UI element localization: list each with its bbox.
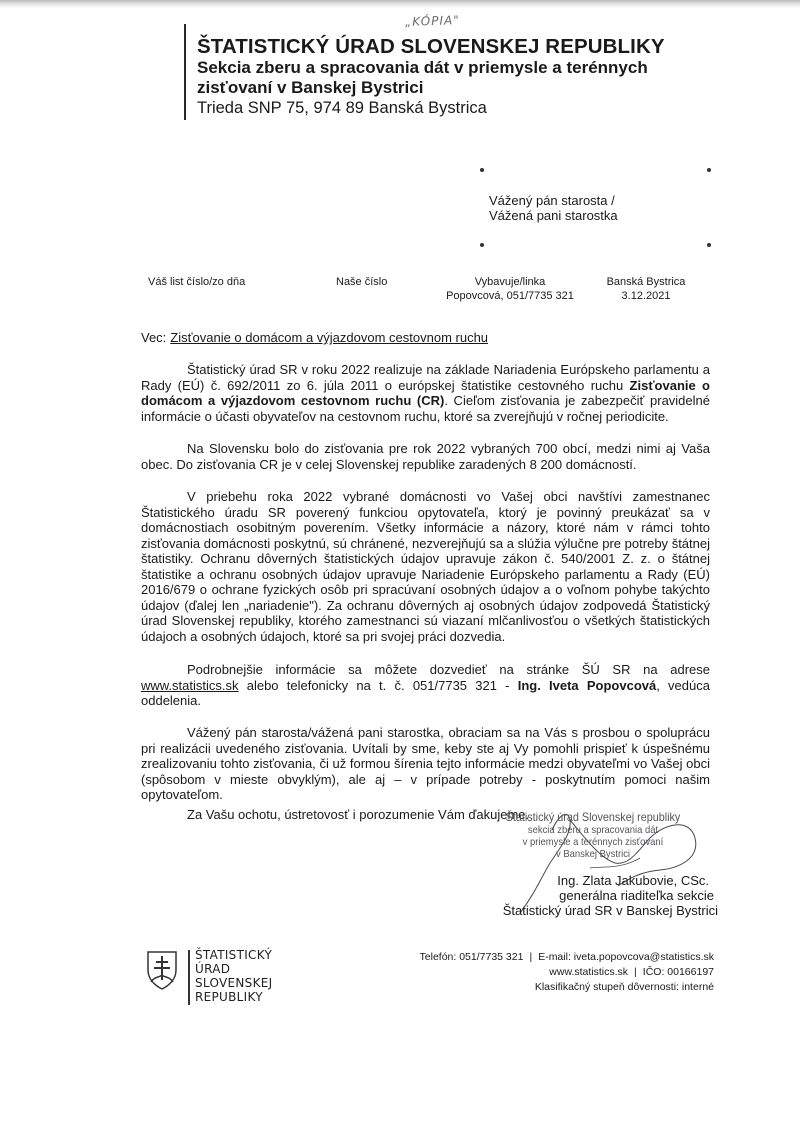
footer-phone: Telefón: 051/7735 321 <box>420 951 524 963</box>
ref-your-letter: Váš list číslo/zo dňa <box>148 275 245 289</box>
recipient-line2: Vážená pani starostka <box>489 208 618 223</box>
footer-website[interactable]: www.statistics.sk <box>549 966 628 978</box>
signatory-office: Štatistický úrad SR v Banskej Bystrici <box>470 903 718 918</box>
footer-classification: Klasifikačný stupeň dôvernosti: interné <box>380 980 714 995</box>
footer-org-line2: ÚRAD <box>195 962 272 976</box>
header-divider <box>184 24 186 120</box>
footer-org-line3: SLOVENSKEJ <box>195 976 272 990</box>
footer-separator: | <box>634 966 637 978</box>
ref-your-letter-label: Váš list číslo/zo dňa <box>148 275 245 289</box>
footer-email[interactable]: E-mail: iveta.popovcova@statistics.sk <box>538 951 714 963</box>
paragraph-1: Štatistický úrad SR v roku 2022 realizuj… <box>141 362 710 424</box>
subject-line: Vec:Zisťovanie o domácom a výjazdovom ce… <box>141 330 488 346</box>
footer-organization: ŠTATISTICKÝ ÚRAD SLOVENSKEJ REPUBLIKY <box>195 948 272 1004</box>
footer-contact: Telefón: 051/7735 321|E-mail: iveta.popo… <box>380 950 714 995</box>
section-name-line1: Sekcia zberu a spracovania dát v priemys… <box>197 58 665 78</box>
footer-ico: IČO: 00166197 <box>643 966 714 978</box>
recipient-block: Vážený pán starosta / Vážená pani staros… <box>489 193 618 223</box>
letterhead: ŠTATISTICKÝ ÚRAD SLOVENSKEJ REPUBLIKY Se… <box>197 36 665 118</box>
p1-text-a: Štatistický úrad SR v roku 2022 realizuj… <box>141 362 710 393</box>
signatory-block: Ing. Zlata Jakubovie, CSc. generálna ria… <box>470 873 718 918</box>
address-window-mark <box>707 168 711 172</box>
organization-name: ŠTATISTICKÝ ÚRAD SLOVENSKEJ REPUBLIKY <box>197 36 665 58</box>
ref-place-date: Banská Bystrica 3.12.2021 <box>596 275 696 303</box>
footer-divider <box>188 950 190 1005</box>
ref-handled-by: Vybavuje/linka Popovcová, 051/7735 321 <box>440 275 580 303</box>
signatory-name: Ing. Zlata Jakubovie, CSc. <box>470 873 718 888</box>
p4-contact-name: Ing. Iveta Popovcová <box>518 678 657 693</box>
ref-our-number: Naše číslo <box>336 275 387 289</box>
subject-text: Zisťovanie o domácom a výjazdovom cestov… <box>170 330 488 345</box>
footer-org-line4: REPUBLIKY <box>195 990 272 1004</box>
ref-our-number-label: Naše číslo <box>336 275 387 289</box>
address-window-mark <box>480 168 484 172</box>
subject-label: Vec: <box>141 330 166 345</box>
p4-text-a: Podrobnejšie informácie sa môžete dozved… <box>187 662 710 677</box>
organization-address: Trieda SNP 75, 974 89 Banská Bystrica <box>197 98 665 118</box>
address-window-mark <box>707 243 711 247</box>
slovak-coat-of-arms-icon <box>146 950 178 990</box>
handwritten-copy-note: „KÓPIA" <box>405 13 460 29</box>
closing-thanks: Za Vašu ochotu, ústretovosť i porozumeni… <box>187 807 529 823</box>
recipient-line1: Vážený pán starosta / <box>489 193 618 208</box>
footer-org-line1: ŠTATISTICKÝ <box>195 948 272 962</box>
p3-text: V priebehu roka 2022 vybrané domácnosti … <box>141 489 710 644</box>
section-name-line2: zisťovaní v Banskej Bystrici <box>197 78 665 98</box>
scan-edge-shadow <box>0 0 800 8</box>
p4-text-b: alebo telefonicky na t. č. 051/7735 321 … <box>239 678 518 693</box>
paragraph-5: Vážený pán starosta/vážená pani starostk… <box>141 725 710 803</box>
signatory-role: generálna riaditeľka sekcie <box>470 888 718 903</box>
paragraph-2: Na Slovensku bolo do zisťovania pre rok … <box>141 441 710 472</box>
ref-date: 3.12.2021 <box>596 289 696 303</box>
ref-handled-by-label: Vybavuje/linka <box>440 275 580 289</box>
footer-separator: | <box>529 951 532 963</box>
p5-text: Vážený pán starosta/vážená pani starostk… <box>141 725 710 803</box>
website-link[interactable]: www.statistics.sk <box>141 678 239 693</box>
ref-place: Banská Bystrica <box>596 275 696 289</box>
p2-text: Na Slovensku bolo do zisťovania pre rok … <box>141 441 710 472</box>
paragraph-4: Podrobnejšie informácie sa môžete dozved… <box>141 662 710 709</box>
paragraph-3: V priebehu roka 2022 vybrané domácnosti … <box>141 489 710 644</box>
address-window-mark <box>480 243 484 247</box>
ref-handled-by-value: Popovcová, 051/7735 321 <box>440 289 580 303</box>
